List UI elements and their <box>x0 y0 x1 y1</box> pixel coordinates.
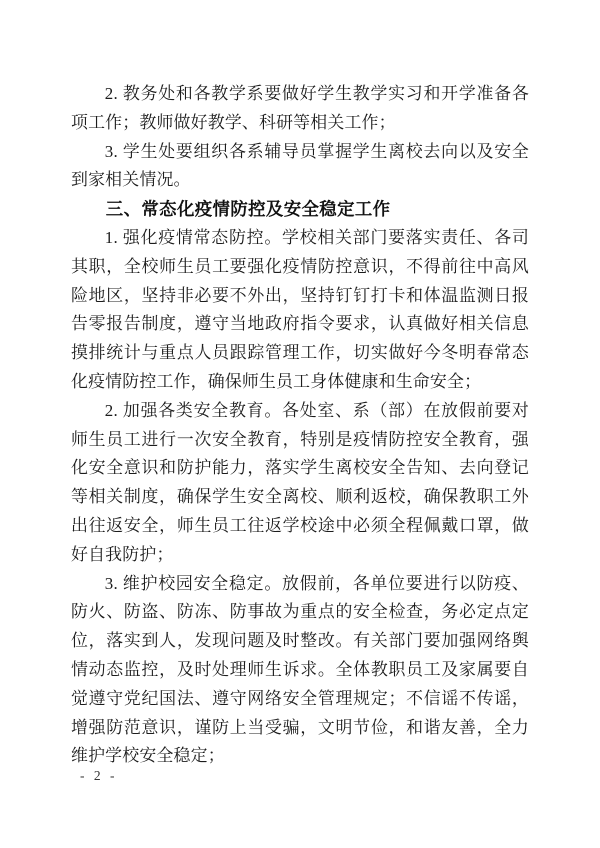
paragraph-pandemic-control: 1. 强化疫情常态防控。学校相关部门要落实责任、各司其职，全校师生员工要强化疫情… <box>71 224 529 397</box>
paragraph-teaching-affairs: 2. 教务处和各教学系要做好学生教学实习和开学准备各项工作；教师做好教学、科研等… <box>71 80 529 138</box>
paragraph-campus-stability: 3. 维护校园安全稳定。放假前，各单位要进行以防疫、防火、防盗、防冻、防事故为重… <box>71 570 529 772</box>
page-number: - 2 - <box>80 768 118 784</box>
paragraph-safety-education: 2. 加强各类安全教育。各处室、系（部）在放假前要对师生员工进行一次安全教育，特… <box>71 397 529 570</box>
document-body: 2. 教务处和各教学系要做好学生教学实习和开学准备各项工作；教师做好教学、科研等… <box>71 80 529 771</box>
paragraph-student-affairs: 3. 学生处要组织各系辅导员掌握学生离校去向以及安全到家相关情况。 <box>71 138 529 196</box>
document-page: 2. 教务处和各教学系要做好学生教学实习和开学准备各项工作；教师做好教学、科研等… <box>0 0 600 848</box>
section-heading: 三、常态化疫情防控及安全稳定工作 <box>71 195 529 224</box>
